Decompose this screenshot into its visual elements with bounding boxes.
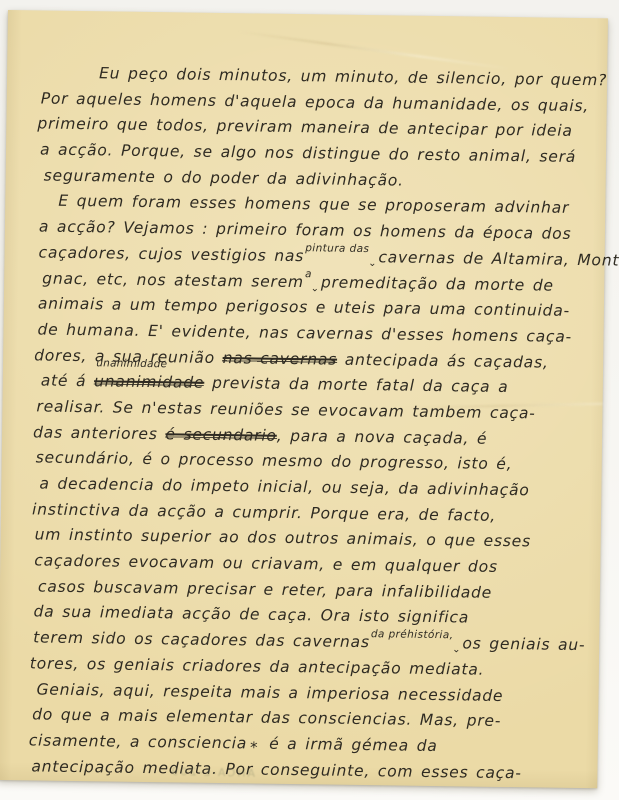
- line-text: tores, os geniais criadores da antecipaç…: [30, 654, 485, 678]
- line-text: a decadencia do impeto inicial, ou seja,…: [39, 474, 529, 499]
- line-text: prevista da morte fatal da caça a: [204, 374, 508, 396]
- line-text: das anteriores: [33, 423, 166, 443]
- line-text: E quem foram esses homens que se propose…: [58, 192, 569, 217]
- line-text: cisamente, a consciencia: [29, 731, 248, 752]
- line-text: Geniais, aqui, respeita mais a imperiosa…: [36, 680, 503, 705]
- manuscript-page: Eu peço dois minutos, um minuto, de sile…: [0, 10, 608, 788]
- line-text: caçadores, cujos vestigios nas: [38, 243, 304, 265]
- inserted-text: unanimidade: [96, 359, 167, 370]
- line-text: até á: [41, 372, 95, 391]
- line-text: , para a nova caçada, é: [277, 426, 488, 447]
- line-text: caçadores evocavam ou criavam, e em qual…: [34, 551, 498, 575]
- line-text: cavernas de Altamira, Monti-: [378, 248, 619, 270]
- line-text: os geniais au-: [462, 635, 585, 655]
- struck-text: unanimidade: [94, 372, 204, 392]
- line-text: secundário, é o processo mesmo do progre…: [36, 449, 513, 474]
- line-text: primeiro que todos, previram maneira de …: [37, 115, 573, 140]
- line-text: casos buscavam precisar e reter, para in…: [38, 577, 492, 601]
- inserted-text: pintura das: [305, 243, 369, 254]
- caret-icon: ⌄: [310, 276, 320, 302]
- line-text: seguramente o do poder da adivinhação.: [44, 166, 404, 189]
- bleed-through-stamp: AHCA-L-209: [169, 765, 255, 780]
- line-text: premeditação da morte de: [321, 273, 554, 294]
- line-text: realisar. Se n'estas reuniões se evocava…: [36, 397, 535, 422]
- line-text: do que a mais elementar das consciencias…: [32, 706, 501, 731]
- line-text: a acção? Vejamos : primeiro foram os hom…: [39, 218, 572, 243]
- manuscript-text: Eu peço dois minutos, um minuto, de sile…: [31, 60, 599, 787]
- line-text: Eu peço dois minutos, um minuto, de sile…: [99, 64, 607, 89]
- struck-text: é secundario: [165, 425, 277, 445]
- line-text: animais a um tempo perigosos e uteis par…: [38, 295, 570, 320]
- line-text: antecipada ás caçadas,: [337, 350, 549, 371]
- line-text: um instinto superior ao dos outros anima…: [35, 526, 531, 551]
- correction: unanimidadeunanimidade: [94, 369, 205, 396]
- inserted-text: da préhistória,: [371, 629, 454, 640]
- line-text: gnac, etc, nos atestam serem: [42, 269, 304, 291]
- line-text: de humana. E' evidente, nas cavernas d'e…: [37, 320, 572, 345]
- line-text: da sua imediata acção de caça. Ora isto …: [33, 603, 469, 627]
- caret-icon: ⌄: [452, 637, 462, 663]
- asterisk-mark: *: [250, 738, 259, 756]
- line-text: é a irmã gémea da: [261, 734, 437, 754]
- struck-text: nas cavernas: [223, 349, 338, 369]
- line-text: Por aqueles homens d'aquela epoca da hum…: [41, 89, 590, 115]
- line-text: antecipação mediata. Por conseguinte, co…: [31, 757, 522, 782]
- caret-icon: ⌄: [368, 251, 378, 277]
- line-text: a acção. Porque, se algo nos distingue d…: [40, 141, 576, 166]
- line-text: instinctiva da acção a cumprir. Porque e…: [32, 500, 496, 524]
- line-text: terem sido os caçadores das cavernas: [33, 629, 370, 652]
